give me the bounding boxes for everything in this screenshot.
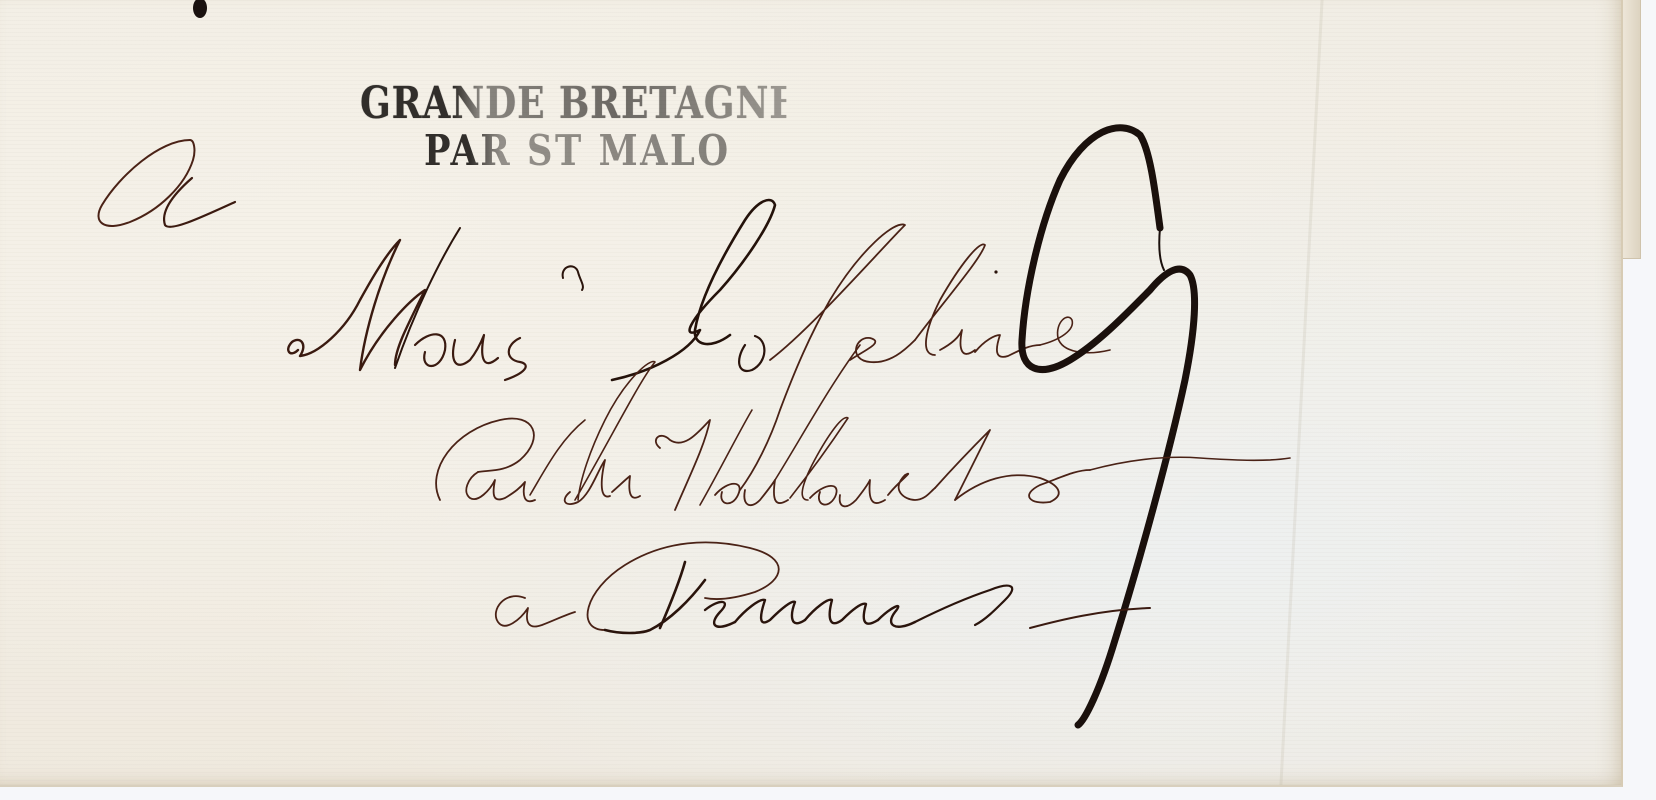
street-address: Rue de Toulouse: [430, 420, 1015, 502]
postal-handstamp: GRANDE BRETAGNE PAR ST MALO: [360, 82, 880, 172]
handstamp-line-2: PAR ST MALO: [424, 130, 807, 172]
city-line: a Rennes: [490, 560, 816, 642]
handstamp-line-1: GRANDE BRETAGNE: [360, 82, 786, 126]
paper-crease: [1279, 0, 1323, 785]
recipient-name: Mons. Gosseline: [290, 270, 955, 363]
rate-marking: 9: [1030, 130, 1157, 363]
scan-background: GRANDE BRETAGNE PAR ST MALO a Mons. Goss…: [0, 0, 1656, 800]
address-prefix: a: [95, 140, 131, 210]
